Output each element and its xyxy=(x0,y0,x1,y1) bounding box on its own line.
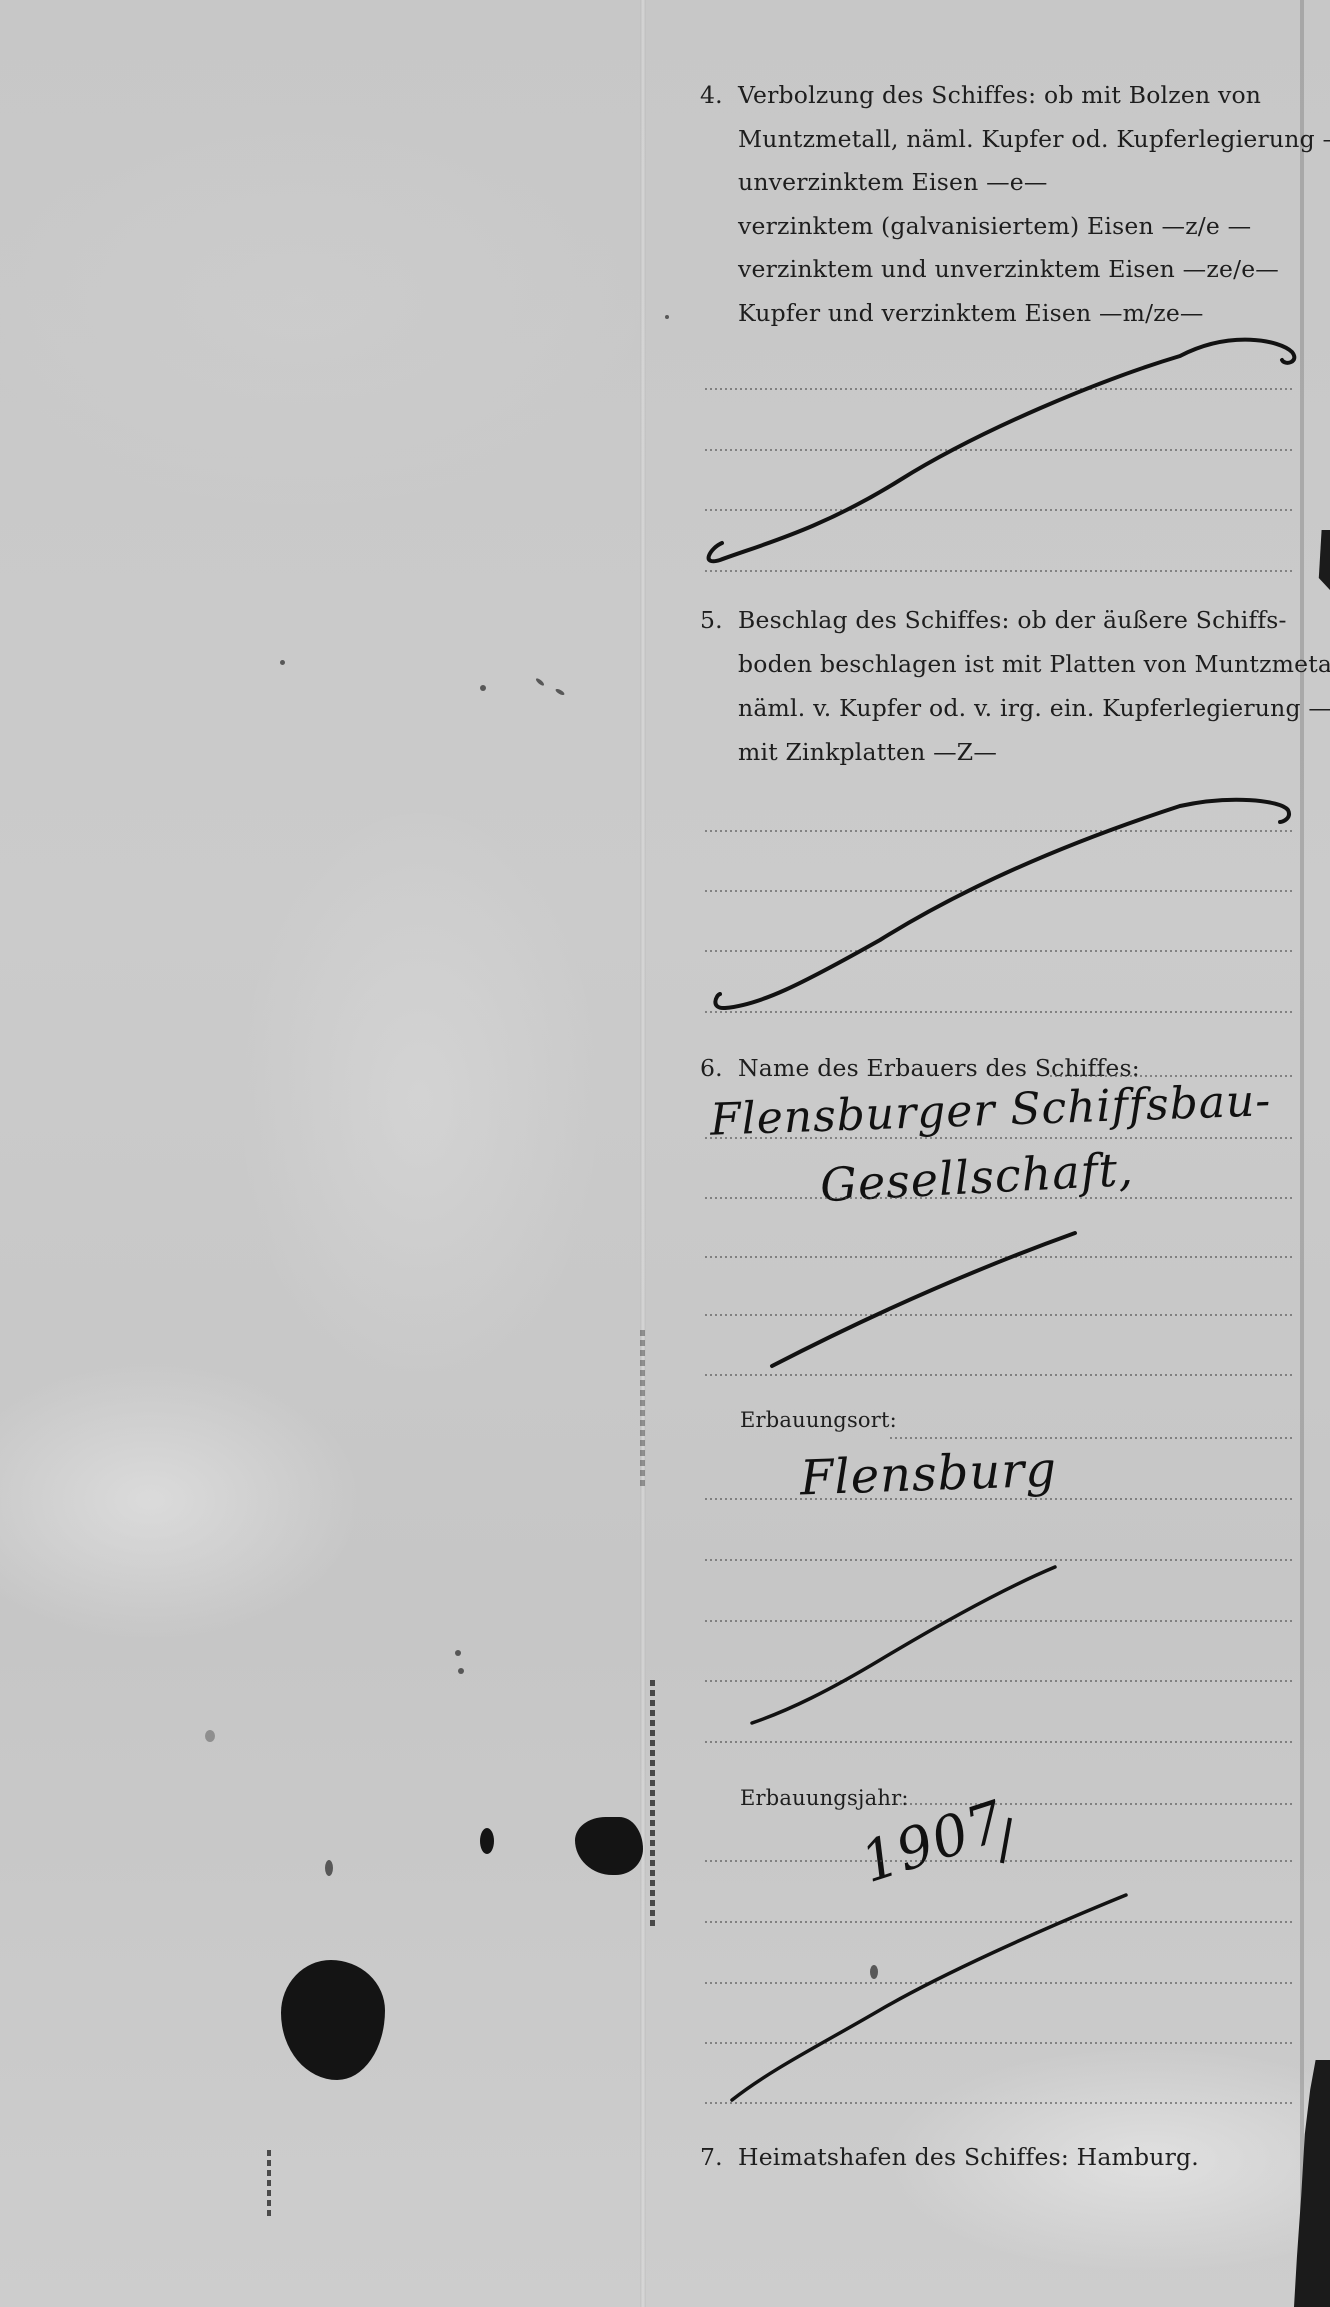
speck xyxy=(280,660,285,665)
section-4-line-1: 4.Verbolzung des Schiffes: ob mit Bolzen… xyxy=(700,80,1300,110)
dotted-answer-line xyxy=(705,1680,1295,1682)
section-7-line: 7.Heimatshafen des Schiffes: Hamburg. xyxy=(700,2142,1300,2172)
dotted-answer-line xyxy=(705,1559,1295,1561)
speck xyxy=(480,685,486,691)
handwritten-building-place: Flensburg xyxy=(799,1442,1058,1507)
paper-fold-line xyxy=(640,0,646,2307)
ink-blot-small xyxy=(480,1828,494,1854)
section-7-number: 7. xyxy=(700,2142,738,2172)
dotted-answer-line xyxy=(705,570,1295,572)
section-6-number: 6. xyxy=(700,1053,738,1083)
dotted-answer-line xyxy=(705,1197,1295,1199)
dotted-answer-line xyxy=(705,1741,1295,1743)
dotted-answer-line xyxy=(705,388,1295,390)
dotted-answer-line xyxy=(705,1921,1295,1923)
speck xyxy=(458,1668,464,1674)
dotted-answer-line xyxy=(705,950,1295,952)
speck xyxy=(870,1965,878,1979)
dotted-answer-line xyxy=(705,1982,1295,1984)
ink-streak xyxy=(650,1680,655,1930)
dotted-answer-line xyxy=(705,830,1295,832)
home-port-value: Hamburg. xyxy=(1077,2143,1199,2171)
dotted-answer-line xyxy=(705,1256,1295,1258)
section-5-line-4: mit Zinkplatten —Z— xyxy=(738,737,1300,767)
dotted-answer-line xyxy=(705,509,1295,511)
paper-right-fold xyxy=(1300,0,1304,2307)
section-5-line-3: näml. v. Kupfer od. v. irg. ein. Kupferl… xyxy=(738,693,1300,723)
ink-streak xyxy=(640,1330,645,1490)
section-5-line-1: 5.Beschlag des Schiffes: ob der äußere S… xyxy=(700,605,1300,635)
section-4-line-2: Muntzmetall, näml. Kupfer od. Kupferlegi… xyxy=(738,124,1300,154)
dotted-answer-line xyxy=(705,1498,1295,1500)
dotted-answer-line xyxy=(705,890,1295,892)
dotted-answer-line xyxy=(705,1620,1295,1622)
speck xyxy=(455,1650,461,1656)
ink-streak xyxy=(267,2150,271,2220)
section-4-number: 4. xyxy=(700,80,738,110)
speck xyxy=(205,1730,215,1742)
dotted-answer-line xyxy=(890,1437,1295,1439)
section-4-line-3: unverzinktem Eisen —e— xyxy=(738,167,1300,197)
building-year-label: Erbauungsjahr: xyxy=(740,1783,1330,1813)
section-4-line-5: verzinktem und unverzinktem Eisen —ze/e— xyxy=(738,254,1300,284)
dotted-answer-line xyxy=(705,1011,1295,1013)
dotted-answer-line xyxy=(705,449,1295,451)
dotted-answer-line xyxy=(705,1137,1295,1139)
speck xyxy=(665,315,669,319)
section-5-line-2: boden beschlagen ist mit Platten von Mun… xyxy=(738,649,1300,679)
dotted-answer-line xyxy=(705,1860,1295,1862)
dotted-answer-line xyxy=(705,1314,1295,1316)
dotted-answer-line xyxy=(705,2102,1295,2104)
speck xyxy=(325,1860,333,1876)
section-5-number: 5. xyxy=(700,605,738,635)
section-4-line-4: verzinktem (galvanisiertem) Eisen —z/e — xyxy=(738,211,1300,241)
dotted-answer-line xyxy=(705,1374,1295,1376)
building-place-label: Erbauungsort: xyxy=(740,1405,1330,1435)
dotted-answer-line xyxy=(705,2042,1295,2044)
section-4-line-6: Kupfer und verzinktem Eisen —m/ze— xyxy=(738,298,1300,328)
